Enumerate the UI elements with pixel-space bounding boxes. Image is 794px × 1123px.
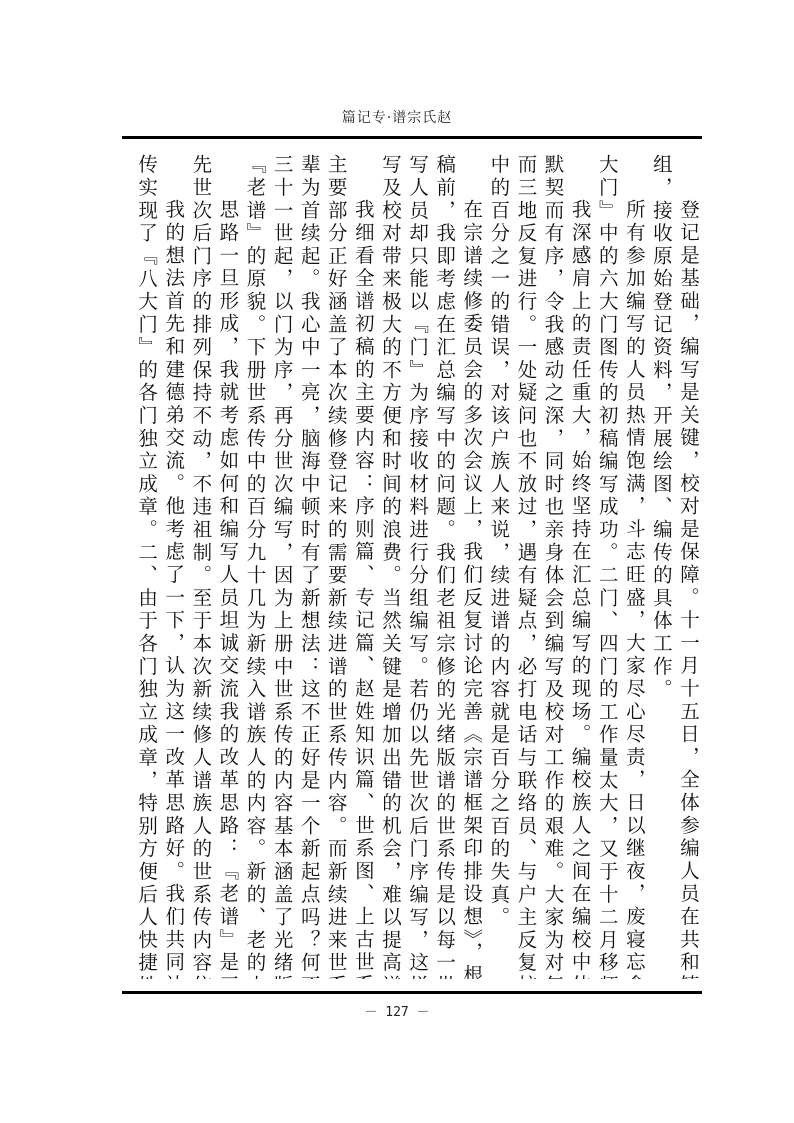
text-column: 辈为首续起。我心中一亮，脑海中顿时有了新想法：这不正好是一个新起点吗？何不改革一…: [296, 154, 323, 979]
text-column: 大门』中的六大门图传的初稿编写成功。二门、四门的工作量太大，又于十二月移师盱城再…: [594, 154, 621, 979]
text-column: 组，接收原始登记资料，开展绘图、编传的具体工作。: [648, 154, 675, 979]
text-column: 在宗谱续修委员会的多次会议上，我们反复讨论完善《宗谱框架印排设想》，根据大概页码…: [458, 154, 485, 979]
text-column: 所有参加编写的人员热情饱满，斗志旺盛，大家尽心尽责，日以继夜，废寝忘食连续作战了…: [621, 154, 648, 979]
text-column: 三十一世起，以门为序，再分世次编写，因为上册中世系传的内容基本涵盖了光绪版谱的的…: [269, 154, 296, 979]
header-rule: [122, 136, 702, 139]
text-column: 登记是基础，编写是关键，校对是保障。十一月十五日，全体参编人员在共和镇集中，按『…: [675, 154, 702, 979]
text-column: 中的百分之一的错误，对该户族人来说，续进谱的内容就是百分之百的失真。: [485, 154, 512, 979]
page-number: － 127 －: [0, 1001, 794, 1020]
text-column: 我深感肩上的责任重大，始终坚持在汇总编写的现场。编校族人之间在编校中体现出来的亲…: [567, 154, 594, 979]
text-column: 我细看全谱初稿的主要内容：序则篇、专记篇、赵姓知识篇、世系图、上古世系传及中古世…: [350, 154, 377, 979]
text-column: 传实现了『八大门』的各门独立成章。二、由于各门独立成章，特别方便后人快捷地查索家…: [133, 154, 160, 979]
text-column: 而三地反复进行。一处疑问也不放过，遇有疑点，必打电话与联络员、与户主反复核对，经…: [512, 154, 539, 979]
text-column: 先世次后门序的排列保持不动，不违祖制。至于本次新续修人谱族人的世系传内容依门序再…: [187, 154, 214, 979]
text-column: 默契而有序，令我感动之深，同时也亲身体会到编写及校对工作的艰难。大家为对每一户族…: [539, 154, 566, 979]
text-column: 我的想法首先和建德弟交流。他考虑了一下，认为这一改革思路好。我们共同认为好处是：…: [160, 154, 187, 979]
vertical-body-text: 登记是基础，编写是关键，校对是保障。十一月十五日，全体参编人员在共和镇集中，按『…: [133, 154, 702, 979]
text-column: 稿前，我即考虑在汇总编写中的问题。我们老祖宗修的光绪版谱的世系传是以每一世次再入…: [431, 154, 458, 979]
text-column: 思路一旦形成，我就考虑如何和编写人员坦诚交流我的改革思路：『老谱』是三十一世之前…: [214, 154, 241, 979]
footer-rule: [122, 991, 702, 994]
text-column: 主要部分正好涵盖了本次续修登记来的需要新续进谱的世系传内容。而新续进来世系传的内…: [323, 154, 350, 979]
text-column: 写人员却只能以『门』为序接收材料进行分组编写。若仍以先世次后门序编写，这样就会形…: [404, 154, 431, 979]
running-header-title: 篇记专·谱宗氏赵: [0, 107, 794, 127]
text-column: 写及校对带来极大的不方便和时间的浪费。当然关键是增加出错的机会，难以提高谱的内容…: [377, 154, 404, 979]
text-column: 『老谱』的原貌。下册世系传中的百分九十几为新续入谱族人的内容。新的、老的内容基本…: [241, 154, 268, 979]
